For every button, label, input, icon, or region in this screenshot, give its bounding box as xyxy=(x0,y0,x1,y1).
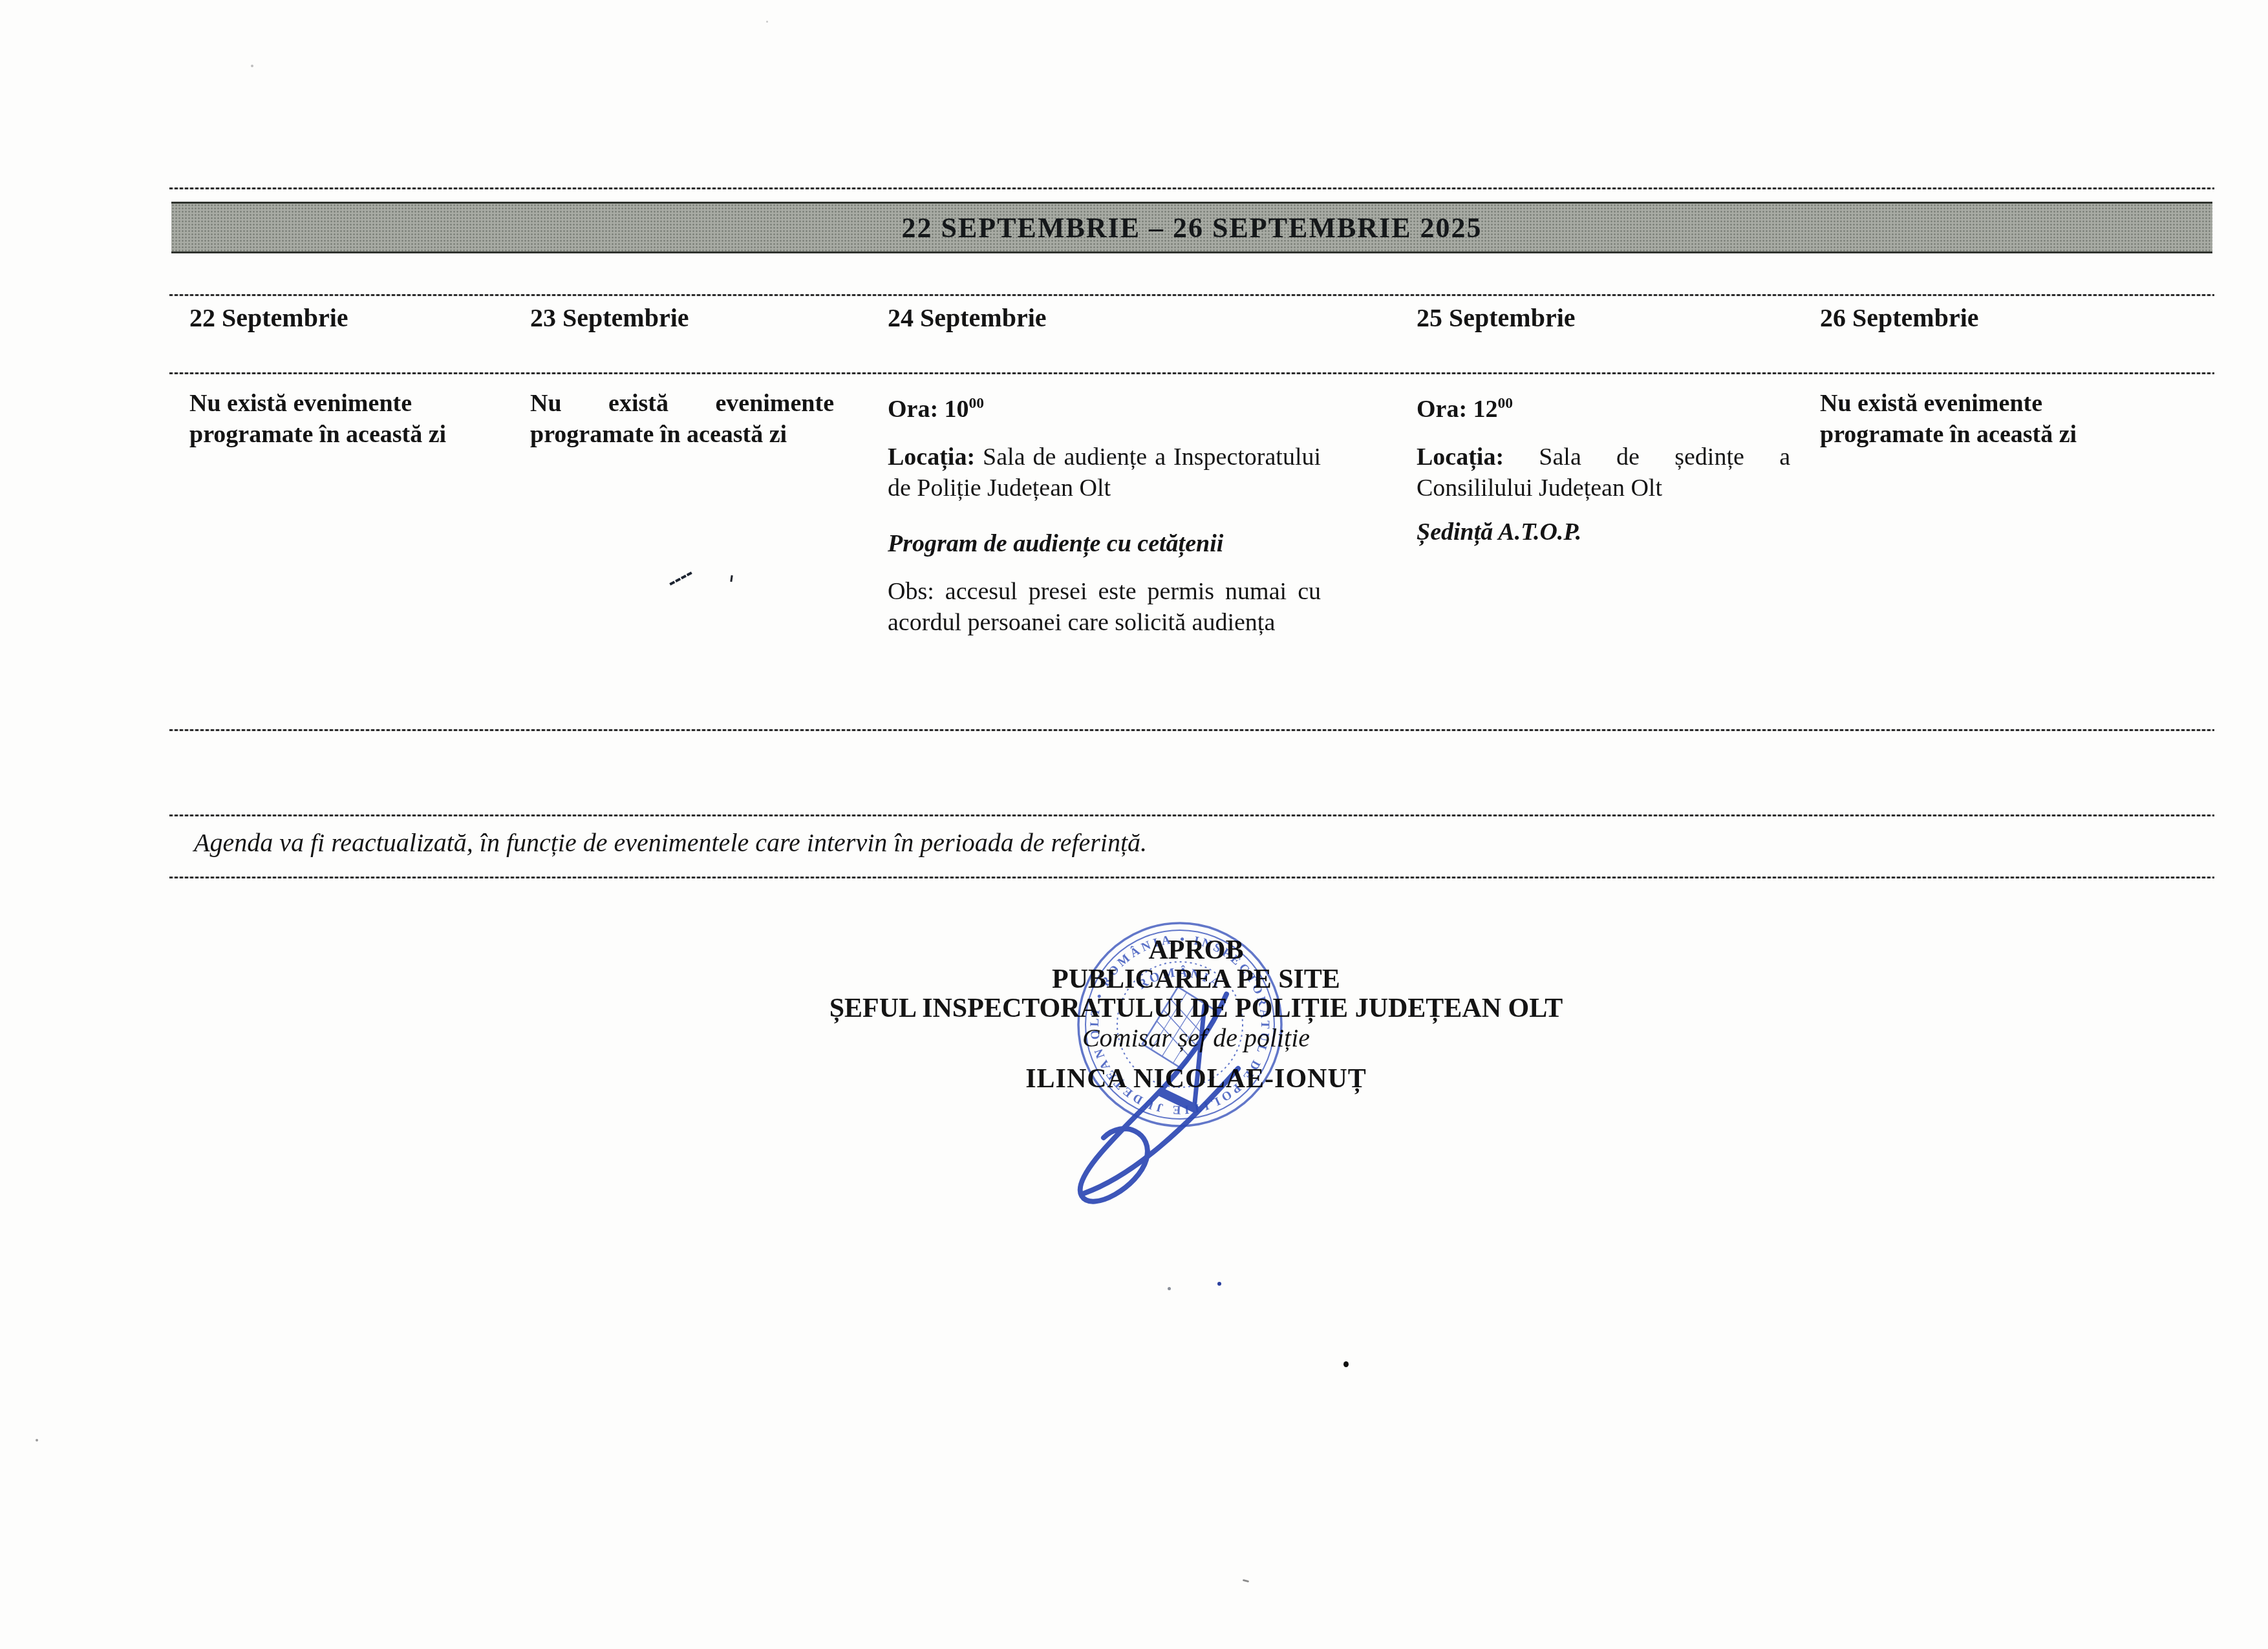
scan-artifact xyxy=(36,1439,38,1442)
scan-artifact xyxy=(730,575,733,582)
scan-artifact xyxy=(1343,1361,1349,1367)
column-header-22-septembrie: 22 Septembrie xyxy=(189,303,348,333)
horizontal-rule xyxy=(169,187,2214,189)
atop-meeting-title: Ședință A.T.O.P. xyxy=(1417,516,1790,548)
day-column-26-septembrie: Nu există evenimente programate în aceas… xyxy=(1820,388,2124,450)
column-header-24-septembrie: 24 Septembrie xyxy=(888,303,1047,333)
no-events-text: Nu există evenimente programate în aceas… xyxy=(530,388,834,450)
location-label: Locația: xyxy=(888,443,975,471)
location-line: Locația: Sala de audiențe a Inspectoratu… xyxy=(888,442,1321,504)
column-header-23-septembrie: 23 Septembrie xyxy=(530,303,689,333)
official-round-stamp: • INSPECTORATUL DE POLIȚIE JUDEȚEAN OLT … xyxy=(1025,904,1335,1222)
scan-artifact xyxy=(669,571,692,585)
time-value: 12 xyxy=(1473,396,1498,423)
time-value: 10 xyxy=(945,396,969,423)
horizontal-rule xyxy=(169,877,2214,878)
stamp-outer-ring xyxy=(1078,923,1281,1126)
horizontal-rule xyxy=(169,814,2214,816)
no-events-text: Nu există evenimente programate în aceas… xyxy=(1820,388,2124,450)
column-header-25-septembrie: 25 Septembrie xyxy=(1417,303,1576,333)
time-label: Ora: xyxy=(888,396,938,423)
horizontal-rule xyxy=(169,294,2214,296)
day-column-24-septembrie: Ora: 1000 Locația: Sala de audiențe a In… xyxy=(888,388,1321,638)
horizontal-rule xyxy=(169,372,2214,374)
location-label: Locația: xyxy=(1417,443,1504,471)
no-events-text: Nu există evenimente programate în aceas… xyxy=(189,388,493,450)
time-superscript: 00 xyxy=(1498,395,1514,412)
stamp-ring-text-holder: • INSPECTORATUL DE POLIȚIE JUDEȚEAN OLT … xyxy=(1088,933,1272,1116)
day-column-25-septembrie: Ora: 1200 Locația: Sala de ședințe a Con… xyxy=(1417,388,1790,548)
handwritten-signature xyxy=(1080,994,1238,1202)
agenda-note: Agenda va fi reactualizată, în funcție d… xyxy=(194,827,1147,858)
scan-artifact xyxy=(766,21,768,23)
audience-program-title: Program de audiențe cu cetățenii xyxy=(888,528,1321,559)
press-access-note: Obs: accesul presei este permis numai cu… xyxy=(888,576,1321,638)
time-superscript: 00 xyxy=(969,395,985,412)
document-page: 22 SEPTEMBRIE – 26 SEPTEMBRIE 2025 22 Se… xyxy=(0,0,2268,1649)
time-line: Ora: 1000 xyxy=(888,388,1321,425)
stamp-ring-text: • INSPECTORATUL DE POLIȚIE JUDEȚEAN OLT … xyxy=(1088,933,1272,1116)
day-column-22-septembrie: Nu există evenimente programate în aceas… xyxy=(189,388,493,450)
day-column-23-septembrie: Nu există evenimente programate în aceas… xyxy=(530,388,834,450)
banner-title: 22 SEPTEMBRIE – 26 SEPTEMBRIE 2025 xyxy=(901,211,1482,244)
stamp-mid-ring xyxy=(1086,930,1274,1119)
column-header-26-septembrie: 26 Septembrie xyxy=(1820,303,1979,333)
time-label: Ora: xyxy=(1417,396,1467,423)
scan-artifact xyxy=(251,65,253,67)
scan-artifact xyxy=(1168,1287,1171,1290)
scan-artifact xyxy=(1217,1282,1221,1286)
time-line: Ora: 1200 xyxy=(1417,388,1790,425)
horizontal-rule xyxy=(169,729,2214,731)
location-line: Locația: Sala de ședințe a Consililului … xyxy=(1417,442,1790,504)
scan-artifact xyxy=(1243,1579,1249,1582)
stamp-emblem xyxy=(1142,987,1217,1069)
date-range-banner: 22 SEPTEMBRIE – 26 SEPTEMBRIE 2025 xyxy=(171,202,2212,253)
